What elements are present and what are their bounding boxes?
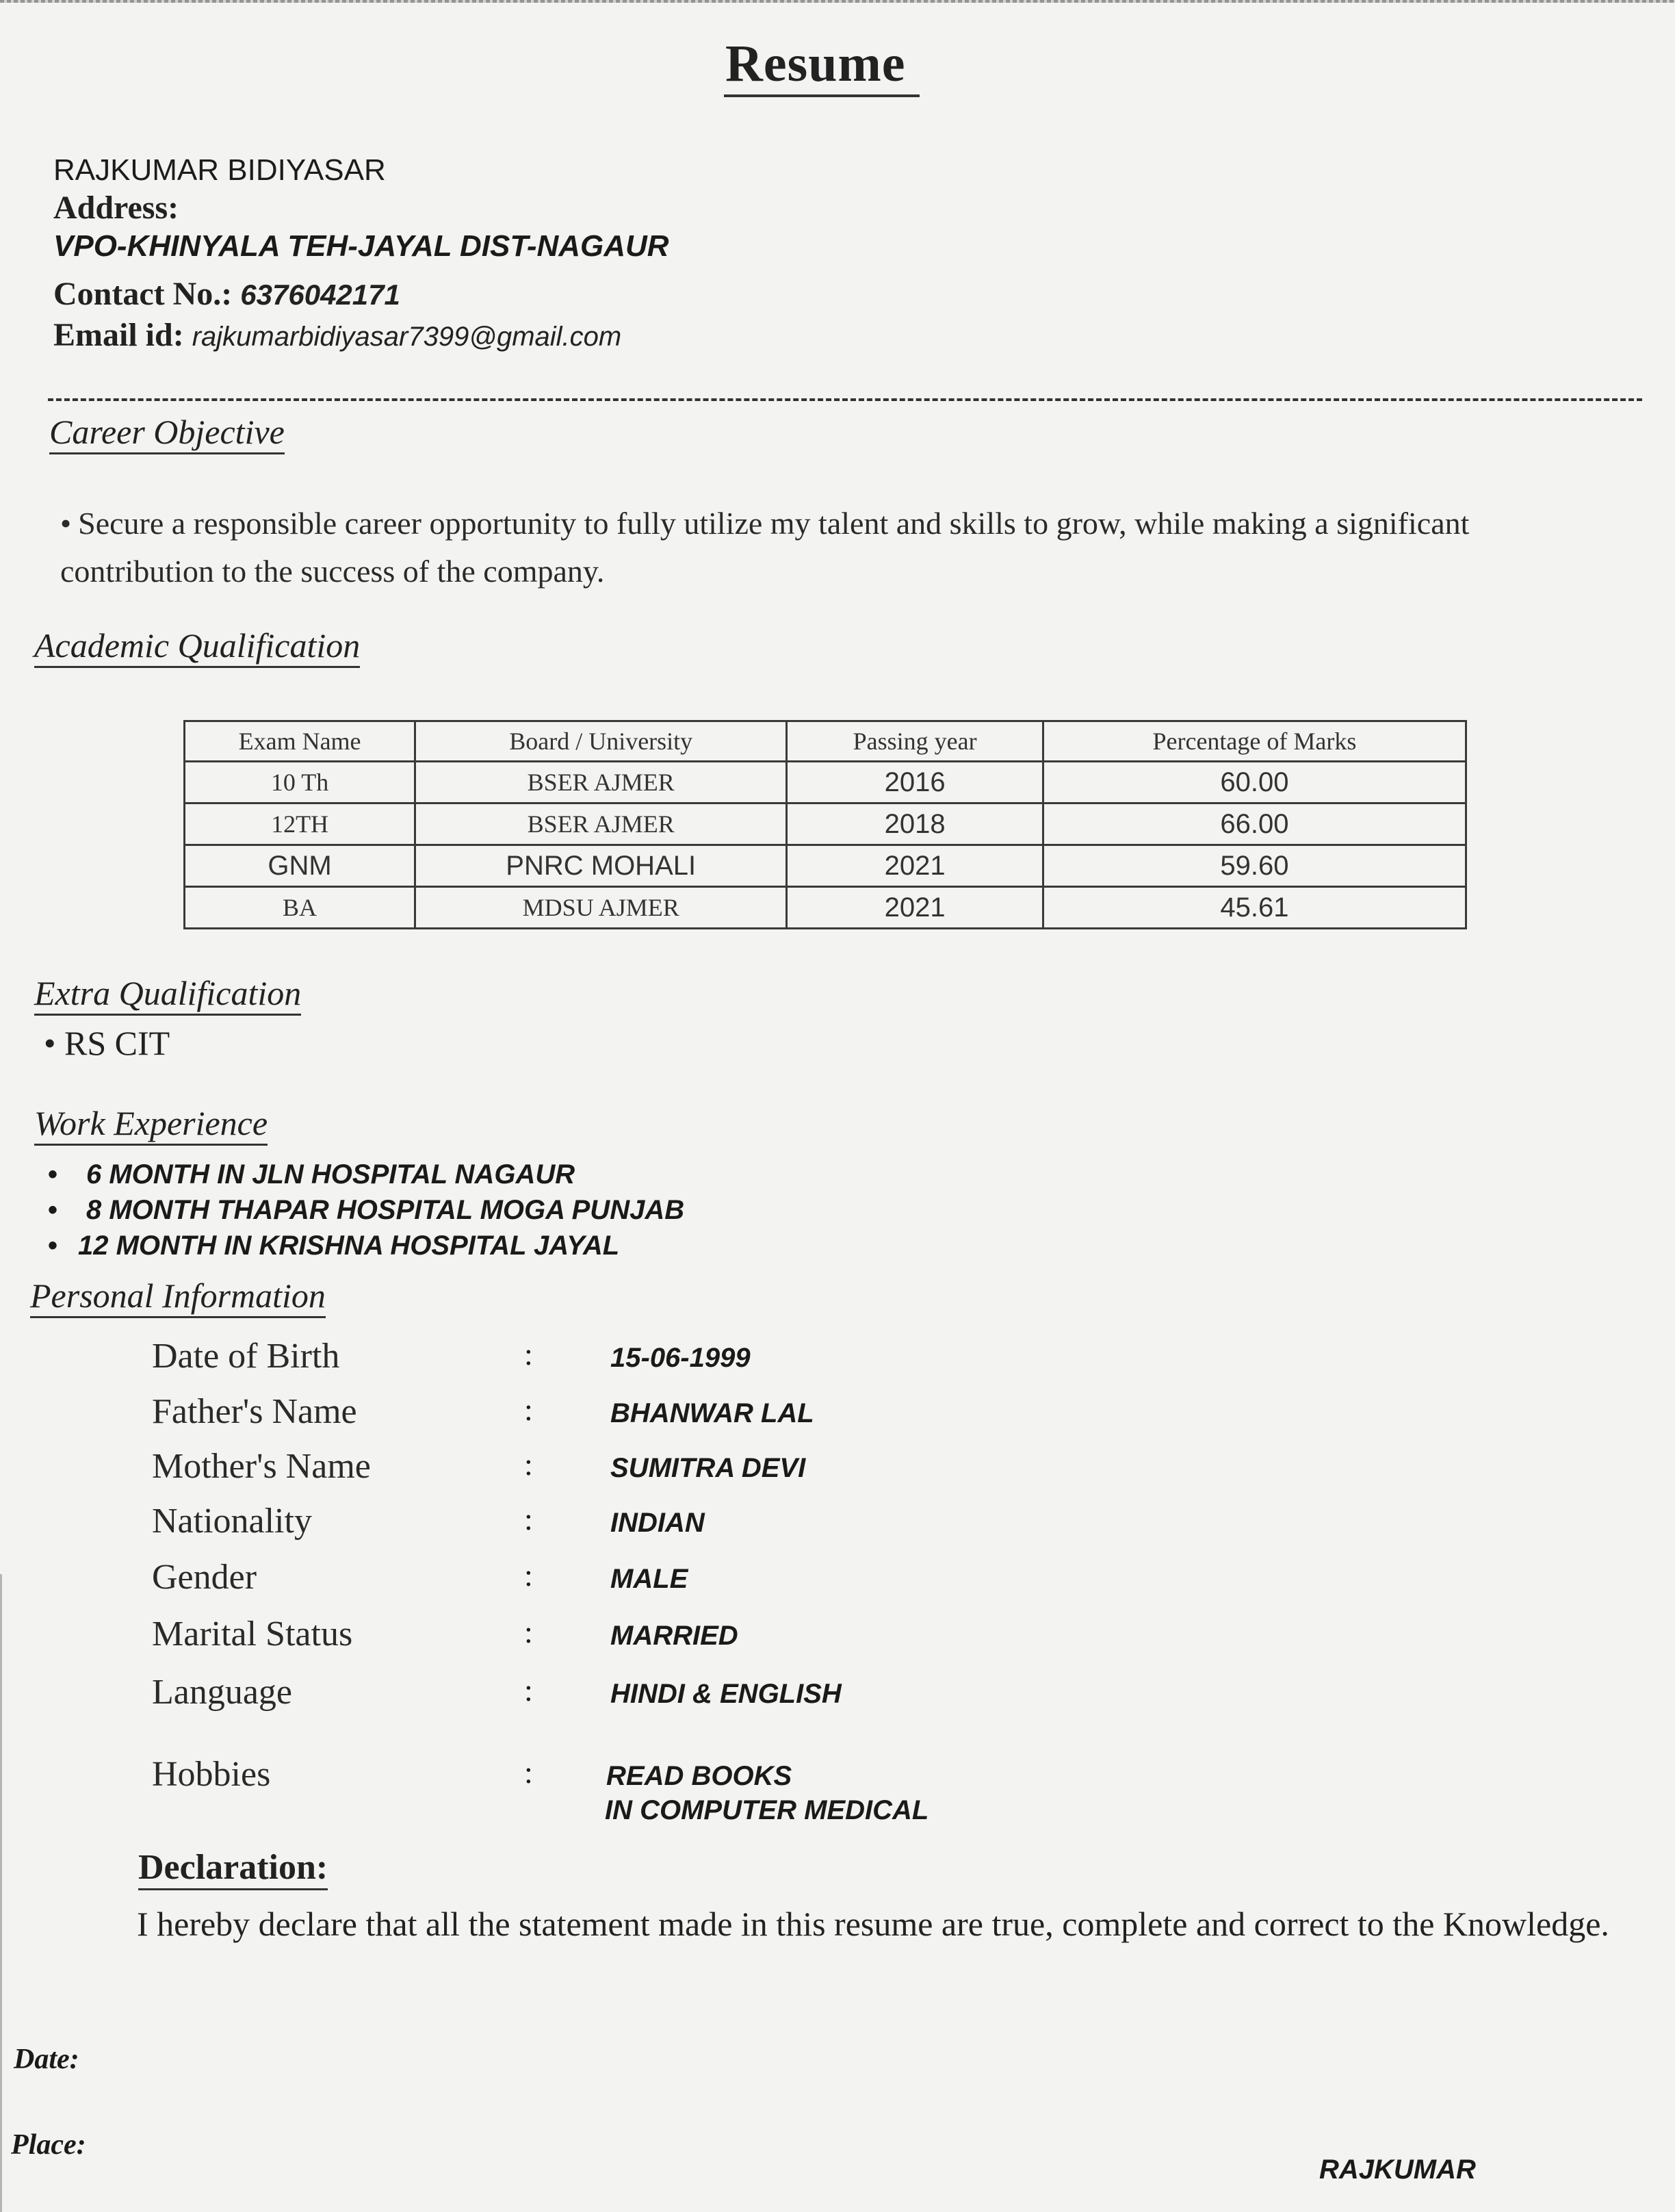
date-label: Date: <box>14 2043 79 2076</box>
field-separator: : <box>524 1446 533 1482</box>
field-value-line2: IN COMPUTER MEDICAL <box>605 1795 929 1826</box>
field-value: HINDI & ENGLISH <box>610 1679 842 1710</box>
column-header: Board / University <box>415 721 787 762</box>
academic-qualification-heading: Academic Qualification <box>34 627 360 668</box>
percentage-cell: 66.00 <box>1043 803 1466 845</box>
candidate-name: RAJKUMAR BIDIYASAR <box>53 153 386 188</box>
bullet-icon: • <box>60 506 71 541</box>
field-separator: : <box>524 1614 533 1650</box>
year-cell: 2021 <box>787 845 1043 887</box>
column-header: Passing year <box>787 721 1043 762</box>
year-cell: 2021 <box>787 887 1043 929</box>
board-cell: BSER AJMER <box>415 762 787 803</box>
document-title: Resume <box>725 34 906 94</box>
career-objective-heading: Career Objective <box>49 413 285 454</box>
field-value: BHANWAR LAL <box>610 1398 814 1429</box>
field-label: Marital Status <box>152 1614 352 1654</box>
bullet-icon: • <box>48 1228 78 1263</box>
declaration-text: I hereby declare that all the statement … <box>137 1904 1615 1944</box>
academic-table: Exam Name Board / University Passing yea… <box>183 720 1467 929</box>
email-value: rajkumarbidiyasar7399@gmail.com <box>192 322 622 352</box>
field-value: 15-06-1999 <box>610 1343 751 1374</box>
exam-cell: BA <box>185 887 415 929</box>
field-separator: : <box>524 1501 533 1537</box>
address-label: Address: <box>53 189 179 227</box>
address-value: VPO-KHINYALA TEH-JAYAL DIST-NAGAUR <box>53 229 669 263</box>
field-separator: : <box>524 1391 533 1428</box>
contact-line: Contact No.: 6376042171 <box>53 275 400 313</box>
objective-body: Secure a responsible career opportunity … <box>60 506 1469 589</box>
field-value: SUMITRA DEVI <box>610 1453 805 1484</box>
signature-name: RAJKUMAR <box>1319 2155 1476 2185</box>
field-value: MALE <box>610 1564 688 1595</box>
field-value: MARRIED <box>610 1621 738 1651</box>
declaration-heading: Declaration: <box>138 1848 328 1890</box>
board-cell: MDSU AJMER <box>415 887 787 929</box>
bullet-icon: • <box>48 1157 86 1192</box>
table-row: BA MDSU AJMER 2021 45.61 <box>185 887 1466 929</box>
percentage-cell: 60.00 <box>1043 762 1466 803</box>
personal-info-row: Nationality : INDIAN <box>0 1501 1675 1556</box>
extra-qualification-item: • RS CIT <box>44 1023 170 1063</box>
personal-info-row: Language : HINDI & ENGLISH <box>0 1672 1675 1727</box>
table-row: 10 Th BSER AJMER 2016 60.00 <box>185 762 1466 803</box>
career-objective-text: •Secure a responsible career opportunity… <box>60 500 1607 595</box>
field-label: Hobbies <box>152 1754 270 1795</box>
field-value: INDIAN <box>610 1508 705 1539</box>
work-experience-list: •6 MONTH IN JLN HOSPITAL NAGAUR •8 MONTH… <box>48 1157 684 1263</box>
list-item: •12 MONTH IN KRISHNA HOSPITAL JAYAL <box>48 1228 684 1263</box>
list-item: •8 MONTH THAPAR HOSPITAL MOGA PUNJAB <box>48 1192 684 1228</box>
personal-info-row: Father's Name : BHANWAR LAL <box>0 1391 1675 1446</box>
field-label: Father's Name <box>152 1391 357 1432</box>
list-item: •6 MONTH IN JLN HOSPITAL NAGAUR <box>48 1157 684 1192</box>
field-label: Gender <box>152 1557 257 1597</box>
exam-cell: 12TH <box>185 803 415 845</box>
header-divider <box>48 398 1642 401</box>
work-experience-heading: Work Experience <box>34 1105 268 1146</box>
column-header: Percentage of Marks <box>1043 721 1466 762</box>
percentage-cell: 59.60 <box>1043 845 1466 887</box>
field-label: Nationality <box>152 1501 312 1541</box>
field-label: Mother's Name <box>152 1446 371 1487</box>
percentage-cell: 45.61 <box>1043 887 1466 929</box>
extra-qualification-heading: Extra Qualification <box>34 975 301 1016</box>
field-separator: : <box>524 1754 533 1790</box>
year-cell: 2018 <box>787 803 1043 845</box>
personal-info-row: Marital Status : MARRIED <box>0 1614 1675 1669</box>
field-label: Date of Birth <box>152 1336 339 1376</box>
field-separator: : <box>524 1336 533 1372</box>
year-cell: 2016 <box>787 762 1043 803</box>
personal-info-row: Mother's Name : SUMITRA DEVI <box>0 1446 1675 1501</box>
exam-cell: GNM <box>185 845 415 887</box>
board-cell: PNRC MOHALI <box>415 845 787 887</box>
place-label: Place: <box>11 2129 86 2161</box>
personal-info-row: Gender : MALE <box>0 1557 1675 1612</box>
field-value: READ BOOKS <box>606 1761 792 1792</box>
title-underline <box>724 94 920 97</box>
exam-cell: 10 Th <box>185 762 415 803</box>
table-header-row: Exam Name Board / University Passing yea… <box>185 721 1466 762</box>
table-row: 12TH BSER AJMER 2018 66.00 <box>185 803 1466 845</box>
field-label: Language <box>152 1672 292 1712</box>
column-header: Exam Name <box>185 721 415 762</box>
contact-label: Contact No.: <box>53 276 232 312</box>
board-cell: BSER AJMER <box>415 803 787 845</box>
email-label: Email id: <box>53 317 184 353</box>
page-top-edge <box>0 0 1675 3</box>
field-separator: : <box>524 1672 533 1708</box>
table-row: GNM PNRC MOHALI 2021 59.60 <box>185 845 1466 887</box>
personal-info-row: Date of Birth : 15-06-1999 <box>0 1336 1675 1391</box>
bullet-icon: • <box>48 1192 86 1228</box>
email-line: Email id: rajkumarbidiyasar7399@gmail.co… <box>53 316 621 354</box>
personal-info-row: Hobbies : READ BOOKS IN COMPUTER MEDICAL <box>0 1754 1675 1836</box>
personal-information-heading: Personal Information <box>30 1277 326 1318</box>
page-left-edge <box>0 1574 2 2212</box>
field-separator: : <box>524 1557 533 1593</box>
contact-value: 6376042171 <box>240 279 400 311</box>
